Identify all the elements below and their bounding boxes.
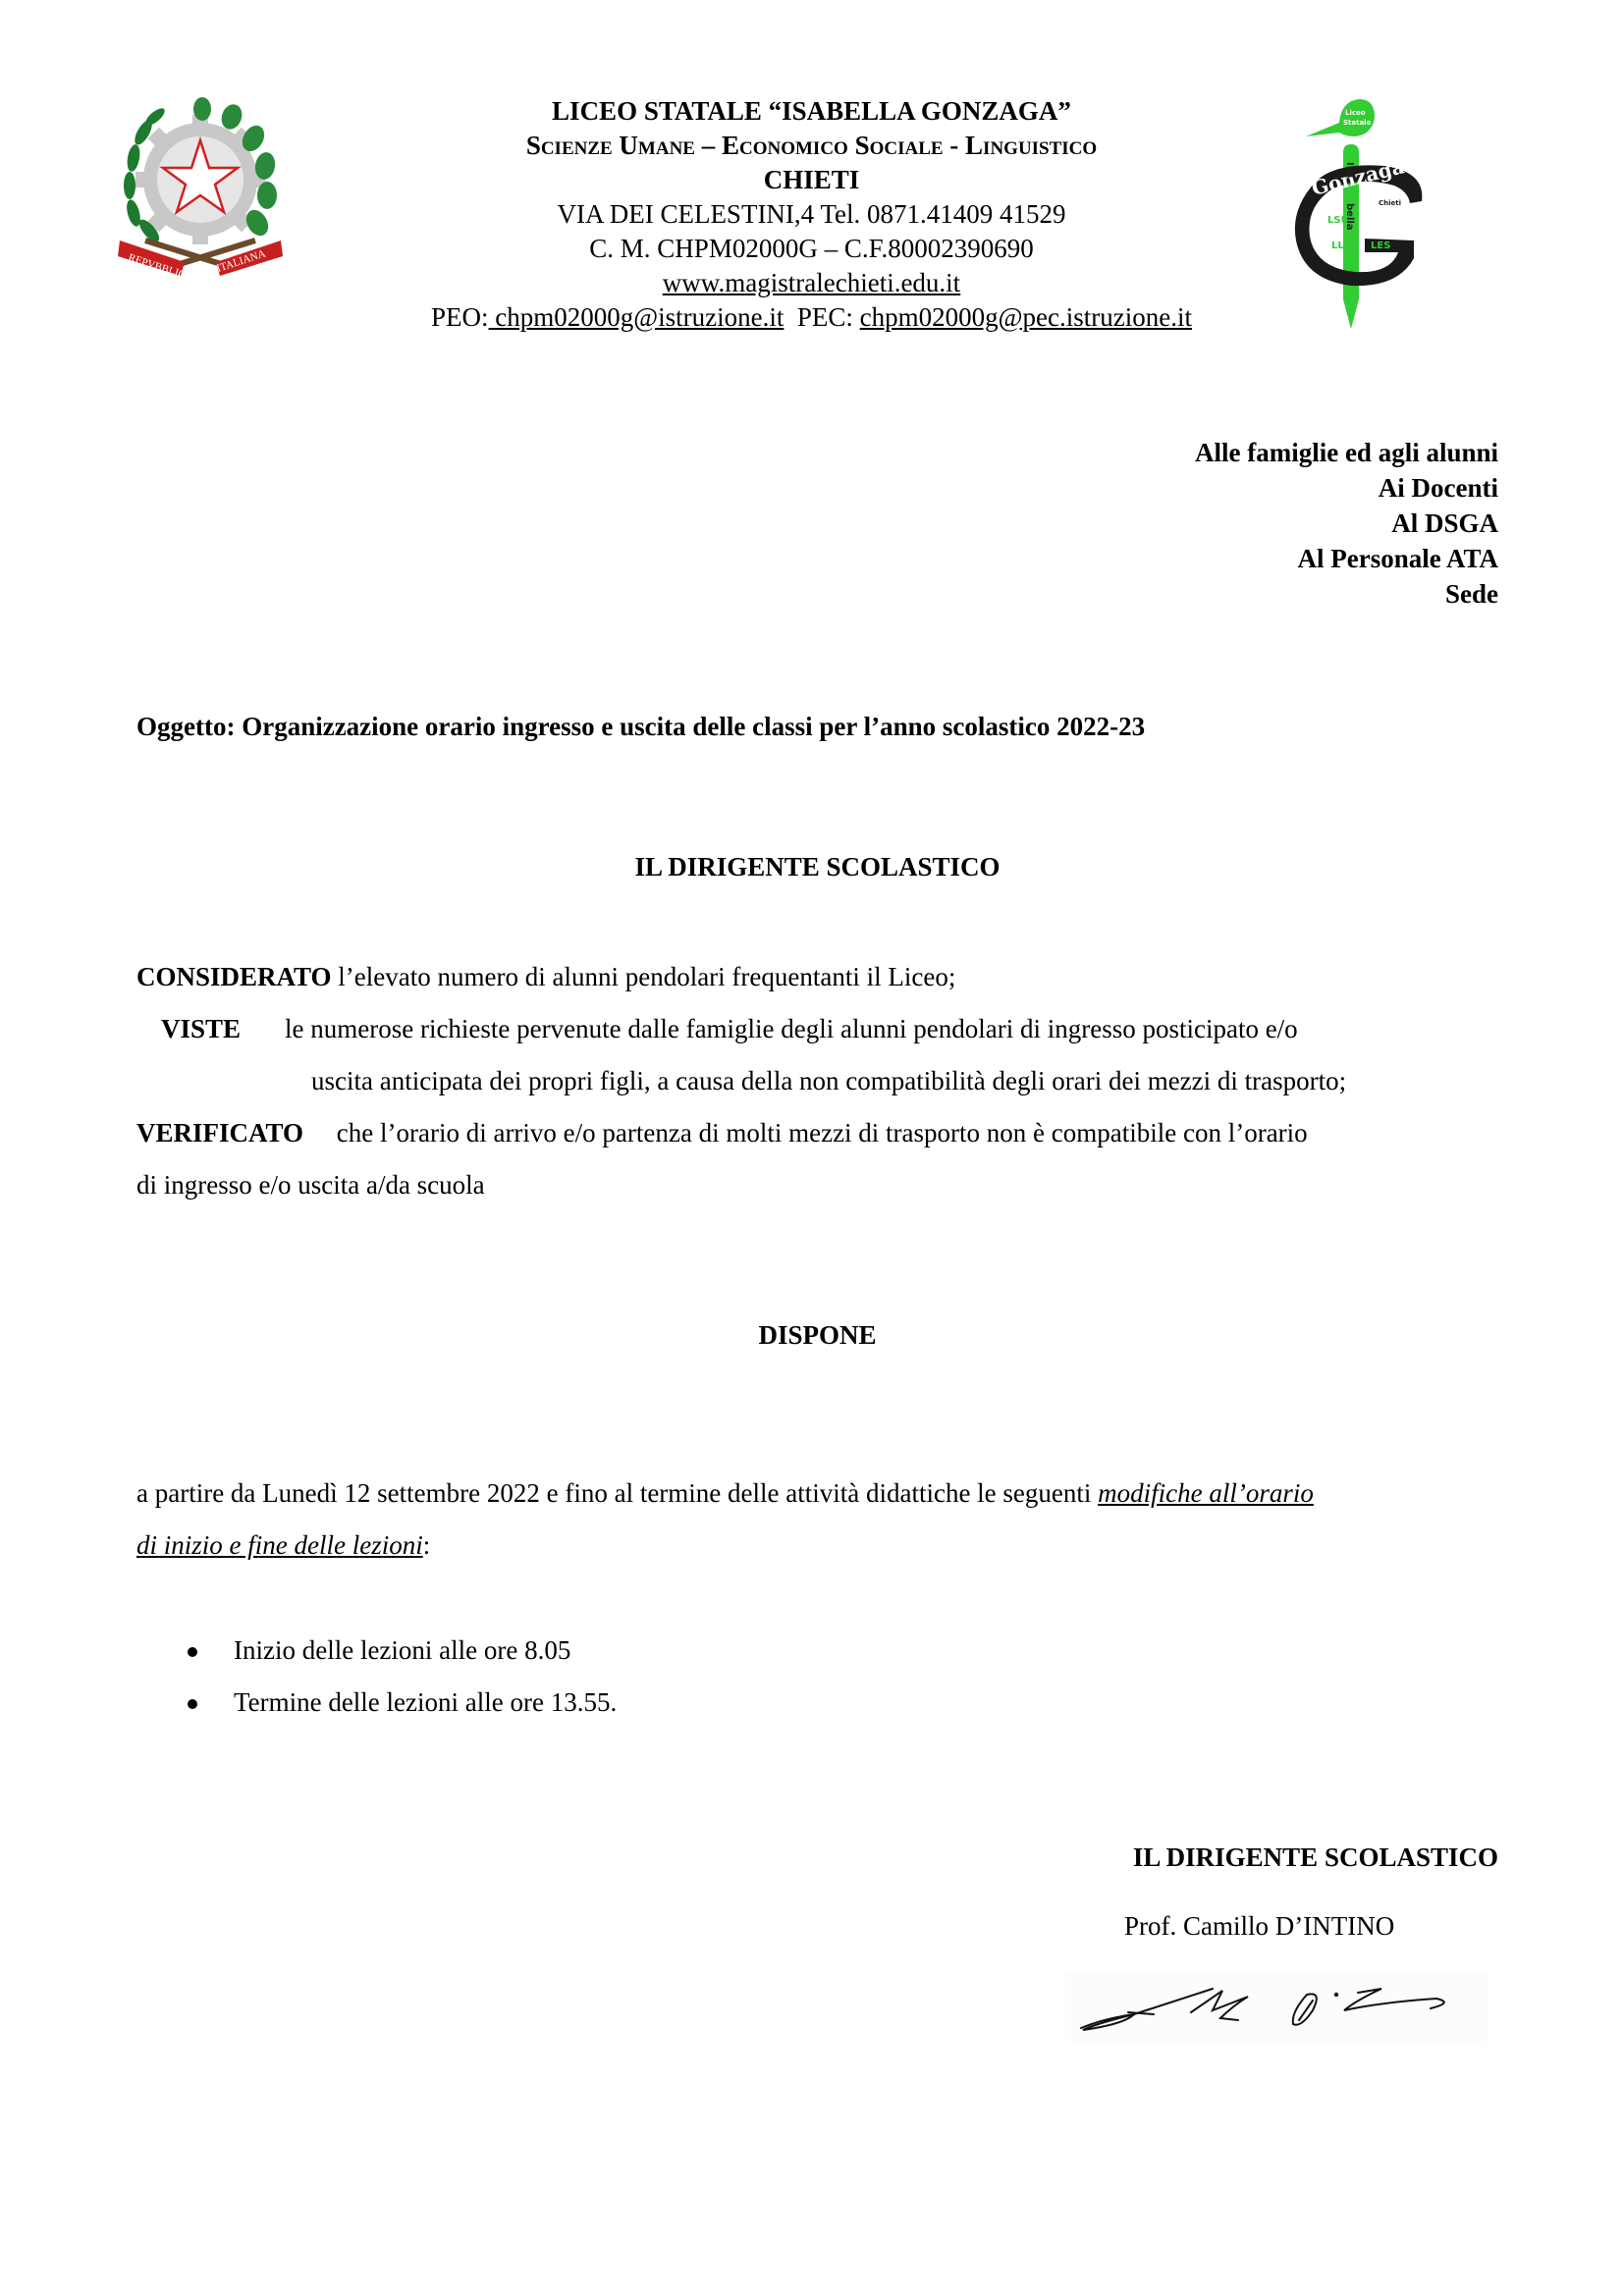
peo-label: PEO: [431, 302, 489, 332]
disposition-paragraph: a partire da Lunedì 12 settembre 2022 e … [136, 1468, 1511, 1572]
svg-text:Statale: Statale [1343, 119, 1372, 127]
school-subtitle: Scienze Umane – Economico Sociale - Ling… [295, 129, 1328, 163]
contact-emails: PEO: chpm02000g@istruzione.it PEC: chpm0… [295, 300, 1328, 335]
pec-label: PEC: [797, 302, 853, 332]
verificato-label: VERIFICATO [136, 1118, 303, 1148]
peo-email-link[interactable]: chpm02000g@istruzione.it [489, 302, 784, 332]
heading-dispone: DISPONE [0, 1320, 1623, 1351]
pec-email-link[interactable]: chpm02000g@pec.istruzione.it [860, 302, 1192, 332]
handwritten-signature-icon [1065, 1973, 1488, 2042]
svg-text:Liceo: Liceo [1345, 109, 1366, 117]
svg-text:bella: bella [1344, 203, 1355, 231]
school-city: CHIETI [295, 163, 1328, 197]
disposition-text: a partire da Lunedì 12 settembre 2022 e … [136, 1478, 1098, 1508]
disposition-emphasis-2: di inizio e fine delle lezioni [136, 1530, 423, 1560]
recipient: Alle famiglie ed agli alunni [1195, 435, 1498, 470]
viste-label: VISTE [136, 1003, 285, 1055]
viste-paragraph: VISTEle numerose richieste pervenute dal… [136, 1003, 1511, 1107]
signature-title: IL DIRIGENTE SCOLASTICO [1133, 1842, 1498, 1873]
recipients-block: Alle famiglie ed agli alunni Ai Docenti … [1195, 435, 1498, 612]
svg-text:Isa: Isa [1344, 162, 1355, 178]
schedule-list: Inizio delle lezioni alle ore 8.05 Termi… [182, 1625, 617, 1729]
school-name: LICEO STATALE “ISABELLA GONZAGA” [295, 94, 1328, 129]
schedule-item-start: Inizio delle lezioni alle ore 8.05 [182, 1625, 617, 1677]
considerato-text: l’elevato numero di alunni pendolari fre… [332, 962, 956, 991]
svg-text:Chieti: Chieti [1379, 199, 1401, 207]
subject-line: Oggetto: Organizzazione orario ingresso … [136, 712, 1145, 742]
signature-name: Prof. Camillo D’INTINO [1124, 1911, 1394, 1942]
school-codes: C. M. CHPM02000G – C.F.80002390690 [295, 232, 1328, 266]
viste-line-1: le numerose richieste pervenute dalle fa… [285, 1014, 1298, 1043]
svg-text:LL: LL [1331, 240, 1344, 251]
svg-text:LES: LES [1371, 240, 1390, 251]
recipient: Ai Docenti [1195, 470, 1498, 506]
repubblica-italiana-emblem-icon: REPVBBLICA ITALIANA [116, 93, 285, 282]
website-link[interactable]: www.magistralechieti.edu.it [663, 268, 960, 297]
recipient: Sede [1195, 576, 1498, 612]
gonzaga-logo-icon: Liceo Statale Gonzaga Chieti LSU LL LES … [1276, 93, 1443, 329]
schedule-item-end: Termine delle lezioni alle ore 13.55. [182, 1677, 617, 1729]
verificato-line-1: che l’orario di arrivo e/o partenza di m… [337, 1118, 1308, 1148]
considerato-label: CONSIDERATO [136, 962, 332, 991]
heading-dirigente: IL DIRIGENTE SCOLASTICO [0, 852, 1623, 882]
school-letterhead: LICEO STATALE “ISABELLA GONZAGA” Scienze… [295, 94, 1328, 335]
school-address: VIA DEI CELESTINI,4 Tel. 0871.41409 4152… [295, 197, 1328, 232]
viste-line-2: uscita anticipata dei propri figli, a ca… [136, 1055, 1511, 1107]
disposition-trailing: : [423, 1530, 431, 1560]
disposition-emphasis-1: modifiche all’orario [1098, 1478, 1314, 1508]
verificato-line-2: di ingresso e/o uscita a/da scuola [136, 1159, 1511, 1211]
recipient: Al Personale ATA [1195, 541, 1498, 576]
verificato-paragraph: VERIFICATO che l’orario di arrivo e/o pa… [136, 1107, 1511, 1211]
considerato-paragraph: CONSIDERATO l’elevato numero di alunni p… [136, 951, 955, 1003]
recipient: Al DSGA [1195, 506, 1498, 541]
